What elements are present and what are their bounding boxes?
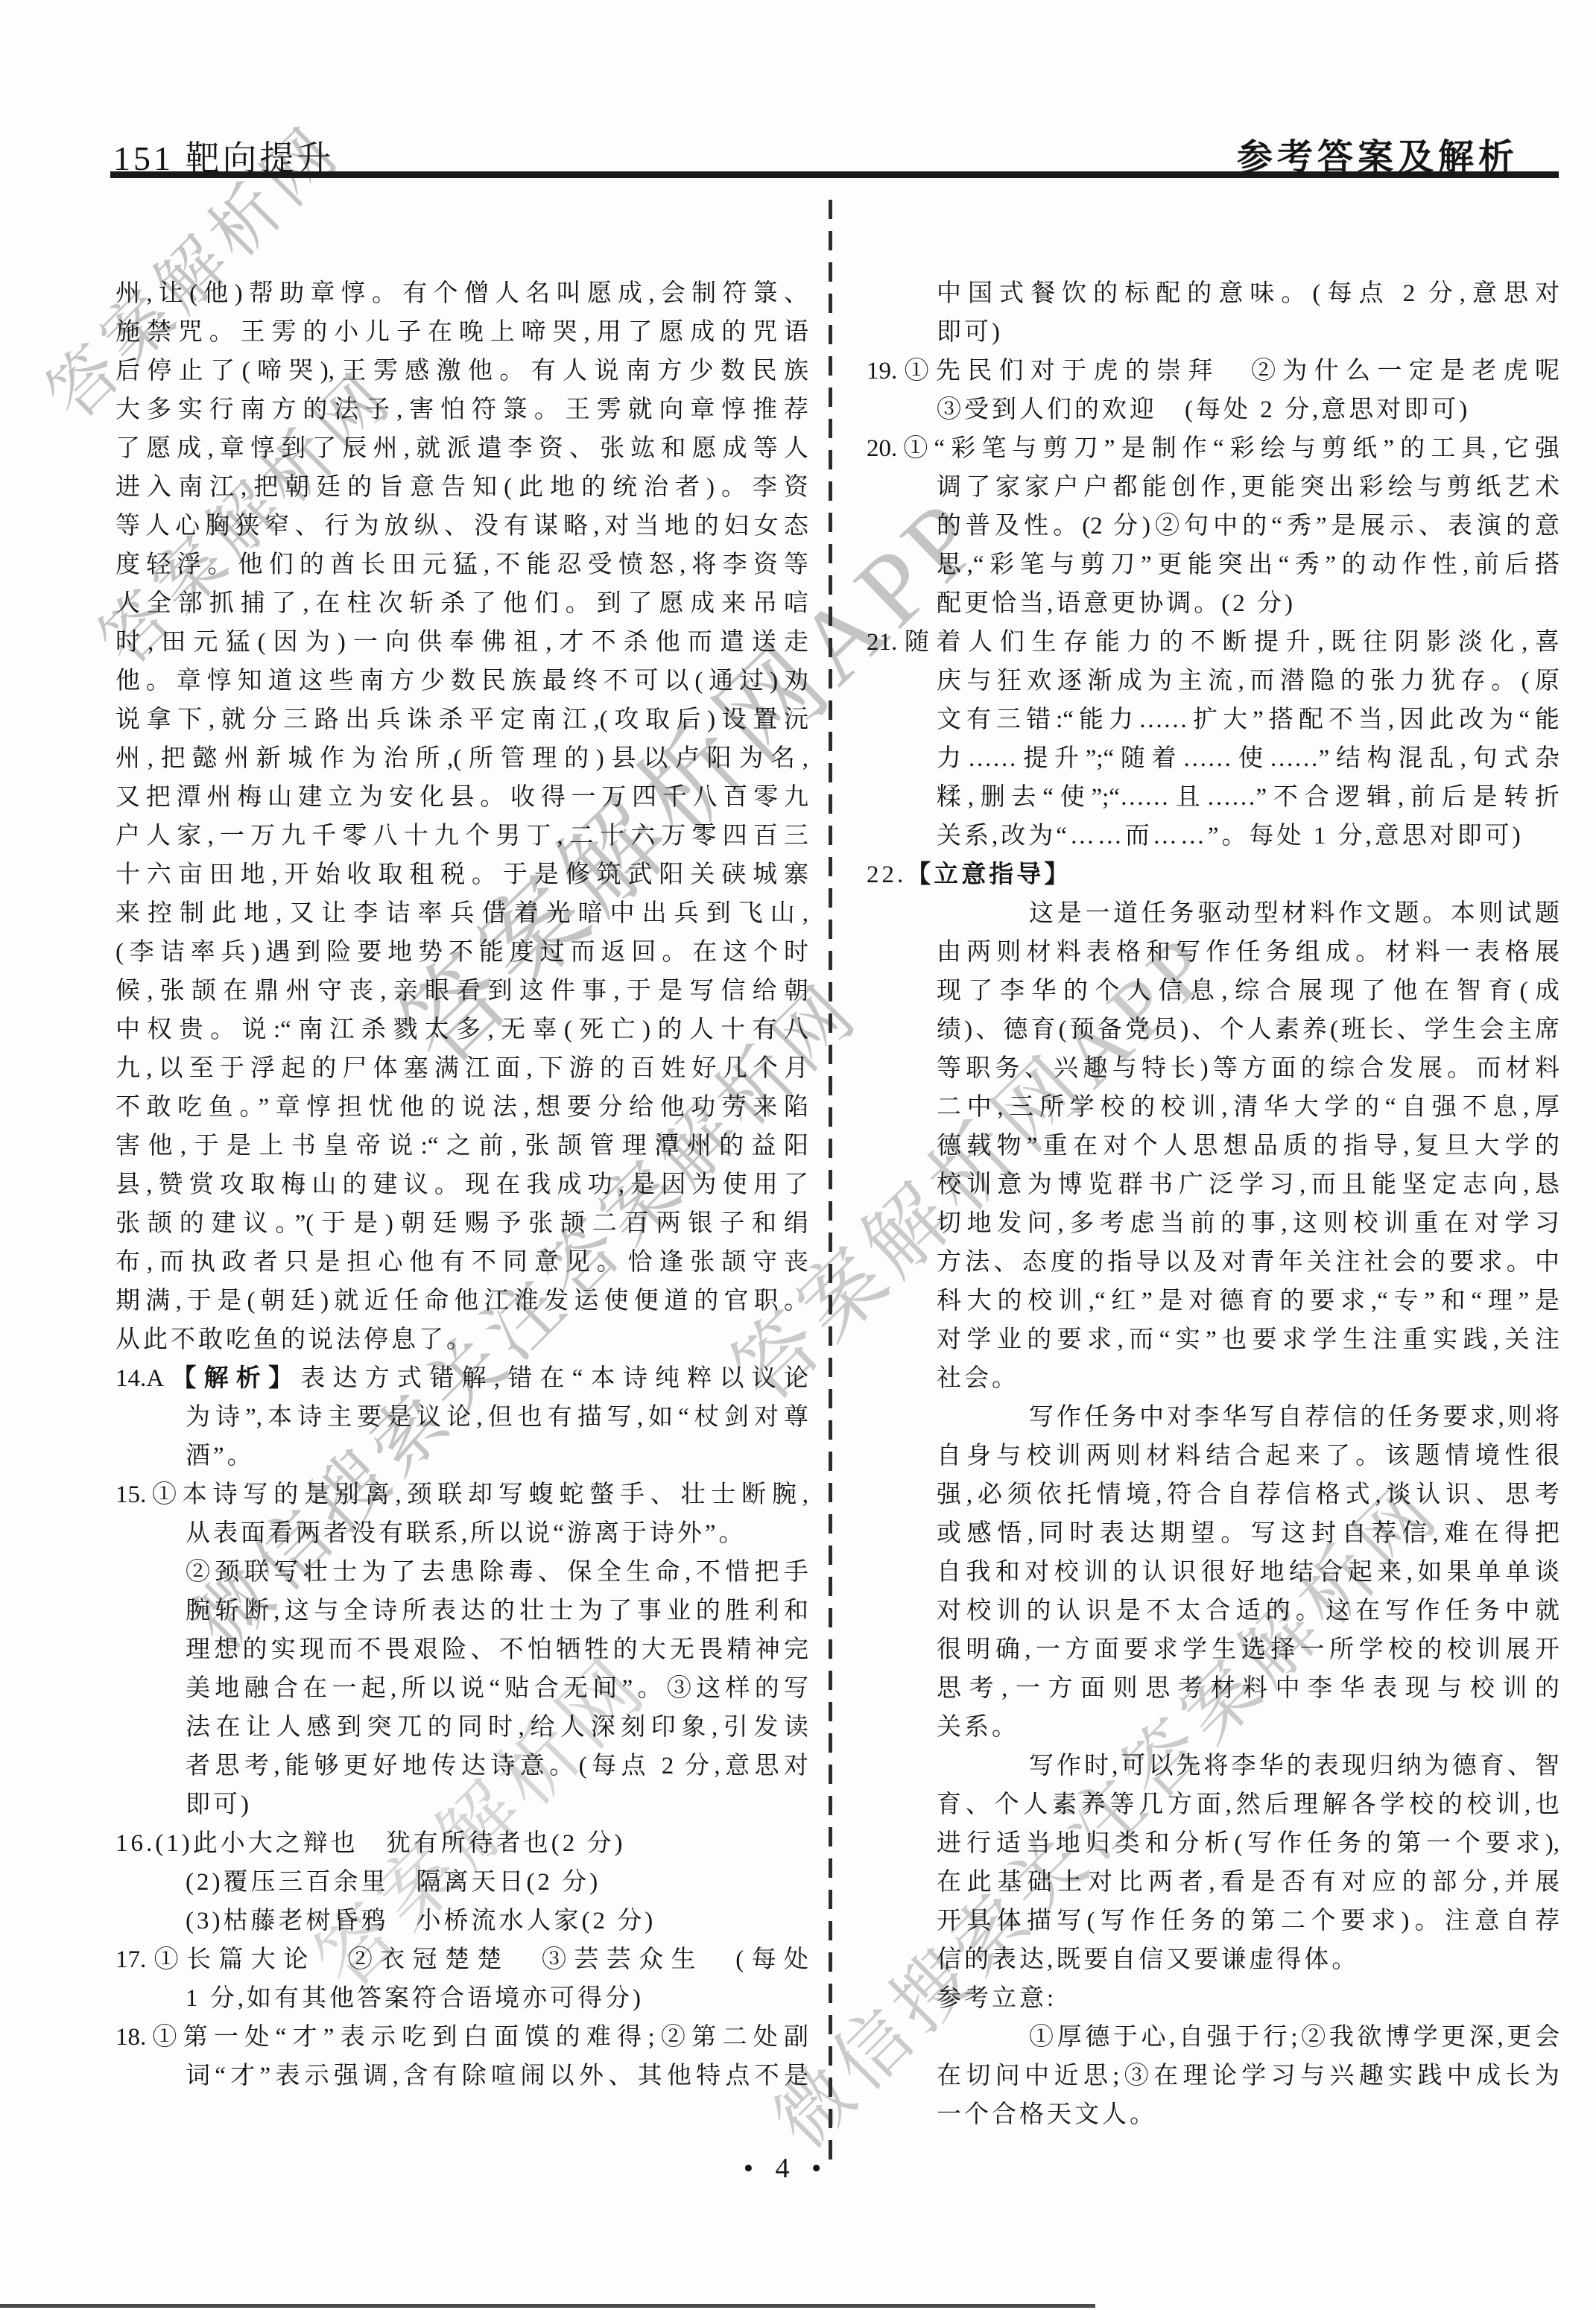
- text-line: 15.①本诗写的是别离,颈联却写蝮蛇螫手、壮士断腕,: [115, 1475, 808, 1514]
- text-line: 强,必须依托情境,符合自荐信格式,谈认识、思考: [867, 1475, 1559, 1514]
- text-line: 中权贵。说:“南江杀戮太多,无辜(死亡)的人十有八: [115, 1010, 808, 1049]
- text-line: 思考,一方面则思考材料中李华表现与校训的: [867, 1669, 1559, 1708]
- text-line: 配更恰当,语意更协调。(2 分): [867, 584, 1559, 623]
- text-line: 十六亩田地,开始收取租税。于是修筑武阳关硖城寨: [115, 855, 808, 894]
- text-line: 糅,删去“使”;“……且……”不合逻辑,前后是转折: [867, 778, 1559, 817]
- text-line: 调了家家户户都能创作,更能突出彩绘与剪纸艺术: [867, 468, 1559, 507]
- text-line: 在切问中近思;③在理论学习与兴趣实践中成长为: [867, 2057, 1559, 2095]
- text-line: 关系,改为“……而……”。每处 1 分,意思对即可): [867, 817, 1559, 855]
- text-line: 这是一道任务驱动型材料作文题。本则试题: [867, 894, 1559, 933]
- text-line: 切地发问,多考虑当前的事,这则校训重在对学习: [867, 1204, 1559, 1243]
- text-line: 校训意为博览群书广泛学习,而且能坚定志向,恳: [867, 1165, 1559, 1204]
- text-line: 很明确,一方面要求学生选择一所学校的校训展开: [867, 1630, 1559, 1669]
- text-line: 力……提升”;“随着……使……”结构混乱,句式杂: [867, 739, 1559, 778]
- text-line: 大多实行南方的法子,害怕符箓。王雱就向章惇推荐: [115, 390, 808, 429]
- text-line: 自身与校训两则材料结合起来了。该题情境性很: [867, 1437, 1559, 1475]
- text-line: 1 分,如有其他答案符合语境亦可得分): [115, 1979, 808, 2018]
- text-line: 现了李华的个人信息,综合展现了他在智育(成: [867, 972, 1559, 1010]
- text-line: 期满,于是(朝廷)就近任命他江淮发运使便道的官职。: [115, 1282, 808, 1320]
- text-line: 在此基础上对比两者,看是否有对应的部分,并展: [867, 1863, 1559, 1902]
- left-text-column: 州,让(他)帮助章惇。有个僧人名叫愿成,会制符箓、施禁咒。王雱的小儿子在晚上啼哭…: [115, 274, 808, 2095]
- text-line: 等人心胸狭窄、行为放纵、没有谋略,对当地的妇女态: [115, 507, 808, 545]
- text-line: 布,而执政者只是担心他有不同意见。恰逢张颉守丧: [115, 1243, 808, 1282]
- text-line: 他。章惇知道这些南方少数民族最终不可以(通过)劝: [115, 662, 808, 700]
- text-line: 绩)、德育(预备党员)、个人素养(班长、学生会主席: [867, 1010, 1559, 1049]
- text-line: 文有三错:“能力……扩大”搭配不当,因此改为“能: [867, 700, 1559, 739]
- text-line: 对校训的认识是不太合适的。这在写作任务中就: [867, 1592, 1559, 1630]
- header-rule: [110, 171, 1559, 178]
- text-line: 20.①“彩笔与剪刀”是制作“彩绘与剪纸”的工具,它强: [867, 429, 1559, 468]
- text-line: 候,张颉在鼎州守丧,亲眼看到这件事,于是写信给朝: [115, 972, 808, 1010]
- text-line: 16.(1)此小大之辩也 犹有所待者也(2 分): [115, 1824, 808, 1863]
- text-line: 19.①先民们对于虎的崇拜 ②为什么一定是老虎呢: [867, 352, 1559, 390]
- text-line: 进行适当地归类和分析(写作任务的第一个要求),: [867, 1824, 1559, 1863]
- text-line: 由两则材料表格和写作任务组成。材料一表格展: [867, 933, 1559, 972]
- text-line: 写作时,可以先将李华的表现归纳为德育、智: [867, 1747, 1559, 1785]
- text-line: 18.①第一处“才”表示吃到白面馍的难得;②第二处副: [115, 2018, 808, 2057]
- text-line: 从表面看两者没有联系,所以说“游离于诗外”。: [115, 1514, 808, 1553]
- text-line: 时,田元猛(因为)一向供奉佛祖,才不杀他而遣送走: [115, 623, 808, 662]
- text-line: 词“才”表示强调,含有除喧闹以外、其他特点不是: [115, 2057, 808, 2095]
- text-line: 不敢吃鱼。”章惇担忧他的说法,想要分给他功劳来陷: [115, 1088, 808, 1127]
- text-line: 施禁咒。王雱的小儿子在晚上啼哭,用了愿成的咒语: [115, 313, 808, 352]
- text-line: 说拿下,就分三路出兵诛杀平定南江,(攻取后)设置沅: [115, 700, 808, 739]
- text-line: 害他,于是上书皇帝说:“之前,张颉管理潭州的益阳: [115, 1127, 808, 1165]
- text-line: 九,以至于浮起的尸体塞满江面,下游的百姓好几个月: [115, 1049, 808, 1088]
- text-line: 庆与狂欢逐渐成为主流,而潜隐的张力犹存。(原: [867, 662, 1559, 700]
- text-line: 法在让人感到突兀的同时,给人深刻印象,引发读: [115, 1708, 808, 1747]
- text-line: 为诗”,本诗主要是议论,但也有描写,如“杖剑对尊: [115, 1398, 808, 1437]
- text-line: 17.①长篇大论 ②衣冠楚楚 ③芸芸众生 (每处: [115, 1940, 808, 1979]
- text-line: 户人家,一万九千零八十九个男丁,二十六万零四百三: [115, 817, 808, 855]
- text-line: 美地融合在一起,所以说“贴合无间”。③这样的写: [115, 1669, 808, 1708]
- right-text-column: 中国式餐饮的标配的意味。(每点 2 分,意思对即可)19.①先民们对于虎的崇拜 …: [867, 274, 1559, 2134]
- column-divider-dashed-line: [829, 200, 832, 2159]
- text-line: 社会。: [867, 1359, 1559, 1398]
- text-line: 进入南江,把朝廷的旨意告知(此地的统治者)。李资: [115, 468, 808, 507]
- text-line: 的普及性。(2 分)②句中的“秀”是展示、表演的意: [867, 507, 1559, 545]
- text-line: 自我和对校训的认识很好地结合起来,如果单单谈: [867, 1553, 1559, 1592]
- text-line: 县,赞赏攻取梅山的建议。现在我成功,是因为使用了: [115, 1165, 808, 1204]
- text-line: 22.【立意指导】: [867, 855, 1559, 894]
- text-line: (李诘率兵)遇到险要地势不能度过而返回。在这个时: [115, 933, 808, 972]
- text-line: 后停止了(啼哭),王雱感激他。有人说南方少数民族: [115, 352, 808, 390]
- text-line: 州,把懿州新城作为治所,(所管理的)县以卢阳为名,: [115, 739, 808, 778]
- text-line: 即可): [115, 1785, 808, 1824]
- text-line: 二中,三所学校的校训,清华大学的“自强不息,厚: [867, 1088, 1559, 1127]
- footer-page-number: • 4 •: [708, 2152, 864, 2185]
- text-line: 写作任务中对李华写自荐信的任务要求,则将: [867, 1398, 1559, 1437]
- text-line: ①厚德于心,自强于行;②我欲博学更深,更会: [867, 2018, 1559, 2057]
- text-line: 参考立意:: [867, 1979, 1559, 2018]
- text-line: 科大的校训,“红”是对德育的要求,“专”和“理”是: [867, 1282, 1559, 1320]
- text-line: 度轻浮。他们的酋长田元猛,不能忍受愤怒,将李资等: [115, 545, 808, 584]
- text-line: 酒”。: [115, 1437, 808, 1475]
- text-line: 腕斩断,这与全诗所表达的壮士为了事业的胜利和: [115, 1592, 808, 1630]
- text-line: ②颈联写壮士为了去患除毒、保全生命,不惜把手: [115, 1553, 808, 1592]
- text-line: 中国式餐饮的标配的意味。(每点 2 分,意思对: [867, 274, 1559, 313]
- text-line: 了愿成,章惇到了辰州,就派遣李资、张竑和愿成等人: [115, 429, 808, 468]
- scanned-answer-page: 答案解析网答案解析网答案解析网APP答案解析网APP微信搜索关注答案解析网答案解…: [0, 0, 1596, 2310]
- text-line: 理想的实现而不畏艰险、不怕牺牲的大无畏精神完: [115, 1630, 808, 1669]
- text-line: 14.A【解析】表达方式错解,错在“本诗纯粹以议论: [115, 1359, 808, 1398]
- text-line: 思,“彩笔与剪刀”更能突出“秀”的动作性,前后搭: [867, 545, 1559, 584]
- text-line: 德载物”重在对个人思想品质的指导,复旦大学的: [867, 1127, 1559, 1165]
- text-line: 来控制此地,又让李诘率兵借着光暗中出兵到飞山,: [115, 894, 808, 933]
- text-line: 信的表达,既要自信又要谦虚得体。: [867, 1940, 1559, 1979]
- text-line: 方法、态度的指导以及对青年关注社会的要求。中: [867, 1243, 1559, 1282]
- text-line: 等职务、兴趣与特长)等方面的综合发展。而材料: [867, 1049, 1559, 1088]
- text-line: 又把潭州梅山建立为安化县。收得一万四千八百零九: [115, 778, 808, 817]
- text-line: 或感悟,同时表达期望。写这封自荐信,难在得把: [867, 1514, 1559, 1553]
- text-line: 关系。: [867, 1708, 1559, 1747]
- text-line: 从此不敢吃鱼的说法停息了。: [115, 1320, 808, 1359]
- text-line: (2)覆压三百余里 隔离天日(2 分): [115, 1863, 808, 1902]
- text-line: 对学业的要求,而“实”也要求学生注重实践,关注: [867, 1320, 1559, 1359]
- text-line: 育、个人素养等几方面,然后理解各学校的校训,也: [867, 1785, 1559, 1824]
- text-line: (3)枯藤老树昏鸦 小桥流水人家(2 分): [115, 1902, 808, 1940]
- text-line: ③受到人们的欢迎 (每处 2 分,意思对即可): [867, 390, 1559, 429]
- text-line: 州,让(他)帮助章惇。有个僧人名叫愿成,会制符箓、: [115, 274, 808, 313]
- text-line: 人全部抓捕了,在柱次斩杀了他们。到了愿成来吊唁: [115, 584, 808, 623]
- scan-edge-artifact: [0, 2304, 1095, 2308]
- text-line: 即可): [867, 313, 1559, 352]
- text-line: 开具体描写(写作任务的第二个要求)。注意自荐: [867, 1902, 1559, 1940]
- text-line: 一个合格天文人。: [867, 2095, 1559, 2134]
- text-line: 张颉的建议。”(于是)朝廷赐予张颉二百两银子和绢: [115, 1204, 808, 1243]
- text-line: 21.随着人们生存能力的不断提升,既往阴影淡化,喜: [867, 623, 1559, 662]
- text-line: 者思考,能够更好地传达诗意。(每点 2 分,意思对: [115, 1747, 808, 1785]
